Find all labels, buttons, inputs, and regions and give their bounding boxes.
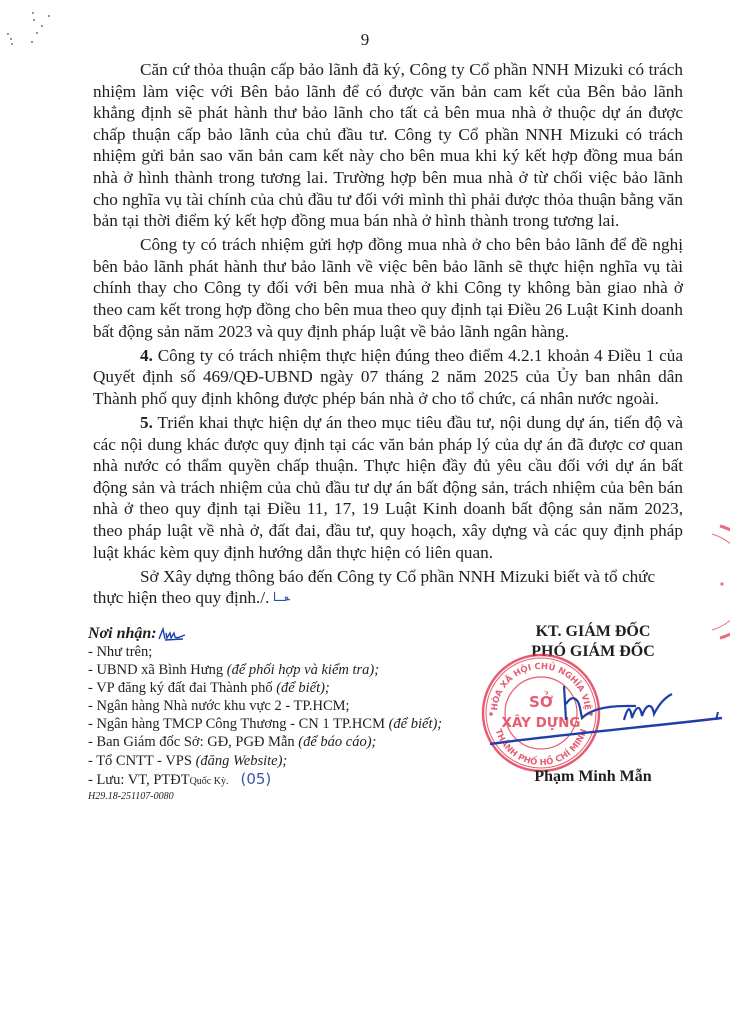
archive-handler: Quốc Kỳ.	[190, 776, 229, 787]
recipient-item: - Ban Giám đốc Sở: GĐ, PGĐ Mẫn (để báo c…	[88, 733, 508, 751]
recipient-name: - Tổ CNTT - VPS	[88, 753, 196, 769]
recipients-heading-text: Nơi nhận:	[88, 625, 157, 642]
recipient-item: - Ngân hàng Nhà nước khu vực 2 - TP.HCM;	[88, 697, 508, 715]
initial-check-mark-icon	[269, 591, 299, 603]
recipient-item: - Như trên;	[88, 643, 508, 661]
paragraph-text: Căn cứ thỏa thuận cấp bảo lãnh đã ký, Cô…	[93, 60, 683, 230]
paragraph-guarantee-agreement: Căn cứ thỏa thuận cấp bảo lãnh đã ký, Cô…	[93, 59, 683, 232]
recipient-note: (để biết);	[389, 716, 443, 732]
recipient-item: - Tổ CNTT - VPS (đăng Website);	[88, 752, 508, 770]
recipient-note: (để báo cáo);	[298, 734, 376, 750]
recipient-item: - UBND xã Bình Hưng (để phối hợp và kiểm…	[88, 661, 508, 679]
paragraph-number: 5.	[140, 413, 153, 432]
recipient-archive: - Lưu: VT, PTĐTQuốc Kỳ.(05)	[88, 770, 508, 791]
paragraph-text: Công ty có trách nhiệm gửi hợp đồng mua …	[93, 235, 683, 340]
recipients-block: Nơi nhận: - Như trên; - UBND xã Bình Hưn…	[88, 624, 508, 803]
recipient-name: - Ngân hàng Nhà nước khu vực 2 - TP.HCM;	[88, 698, 350, 714]
signer-name: Phạm Minh Mẫn	[498, 768, 688, 786]
recipient-note: (đăng Website);	[196, 753, 288, 769]
document-code: H29.18-251107-0080	[88, 791, 508, 803]
paragraph-text: Công ty có trách nhiệm thực hiện đúng th…	[93, 346, 683, 408]
recipient-note: (để biết);	[276, 680, 330, 696]
recipients-heading: Nơi nhận:	[88, 624, 508, 643]
recipient-name: - VP đăng ký đất đai Thành phố	[88, 680, 276, 696]
recipient-name: - Như trên;	[88, 644, 152, 660]
handwritten-signature-icon	[486, 680, 726, 750]
paragraph-item-5: 5. Triển khai thực hiện dự án theo mục t…	[93, 412, 683, 563]
paragraph-text: Triển khai thực hiện dự án theo mục tiêu…	[93, 413, 683, 562]
paragraph-guarantee-contract: Công ty có trách nhiệm gửi hợp đồng mua …	[93, 234, 683, 342]
handwritten-initial-icon	[157, 627, 187, 641]
adjacent-page-stamp-icon	[698, 522, 730, 642]
document-body: Căn cứ thỏa thuận cấp bảo lãnh đã ký, Cô…	[93, 59, 683, 611]
paragraph-item-4: 4. Công ty có trách nhiệm thực hiện đúng…	[93, 345, 683, 410]
page-number: 9	[0, 30, 730, 50]
paragraph-number: 4.	[140, 346, 153, 365]
archive-text: - Lưu: VT, PTĐT	[88, 772, 190, 788]
recipient-item: - Ngân hàng TMCP Công Thương - CN 1 TP.H…	[88, 715, 508, 733]
signature-title-line1: KT. GIÁM ĐỐC	[498, 622, 688, 642]
recipient-name: - Ngân hàng TMCP Công Thương - CN 1 TP.H…	[88, 716, 389, 732]
recipient-name: - UBND xã Bình Hưng	[88, 662, 227, 678]
recipient-name: - Ban Giám đốc Sở: GĐ, PGĐ Mẫn	[88, 734, 298, 750]
recipient-item: - VP đăng ký đất đai Thành phố (để biết)…	[88, 679, 508, 697]
paragraph-text: Sở Xây dựng thông báo đến Công ty Cổ phầ…	[93, 567, 655, 608]
handwritten-copy-count: (05)	[240, 770, 271, 788]
paragraph-closing: Sở Xây dựng thông báo đến Công ty Cổ phầ…	[93, 566, 683, 609]
recipient-note: (để phối hợp và kiểm tra);	[227, 662, 379, 678]
